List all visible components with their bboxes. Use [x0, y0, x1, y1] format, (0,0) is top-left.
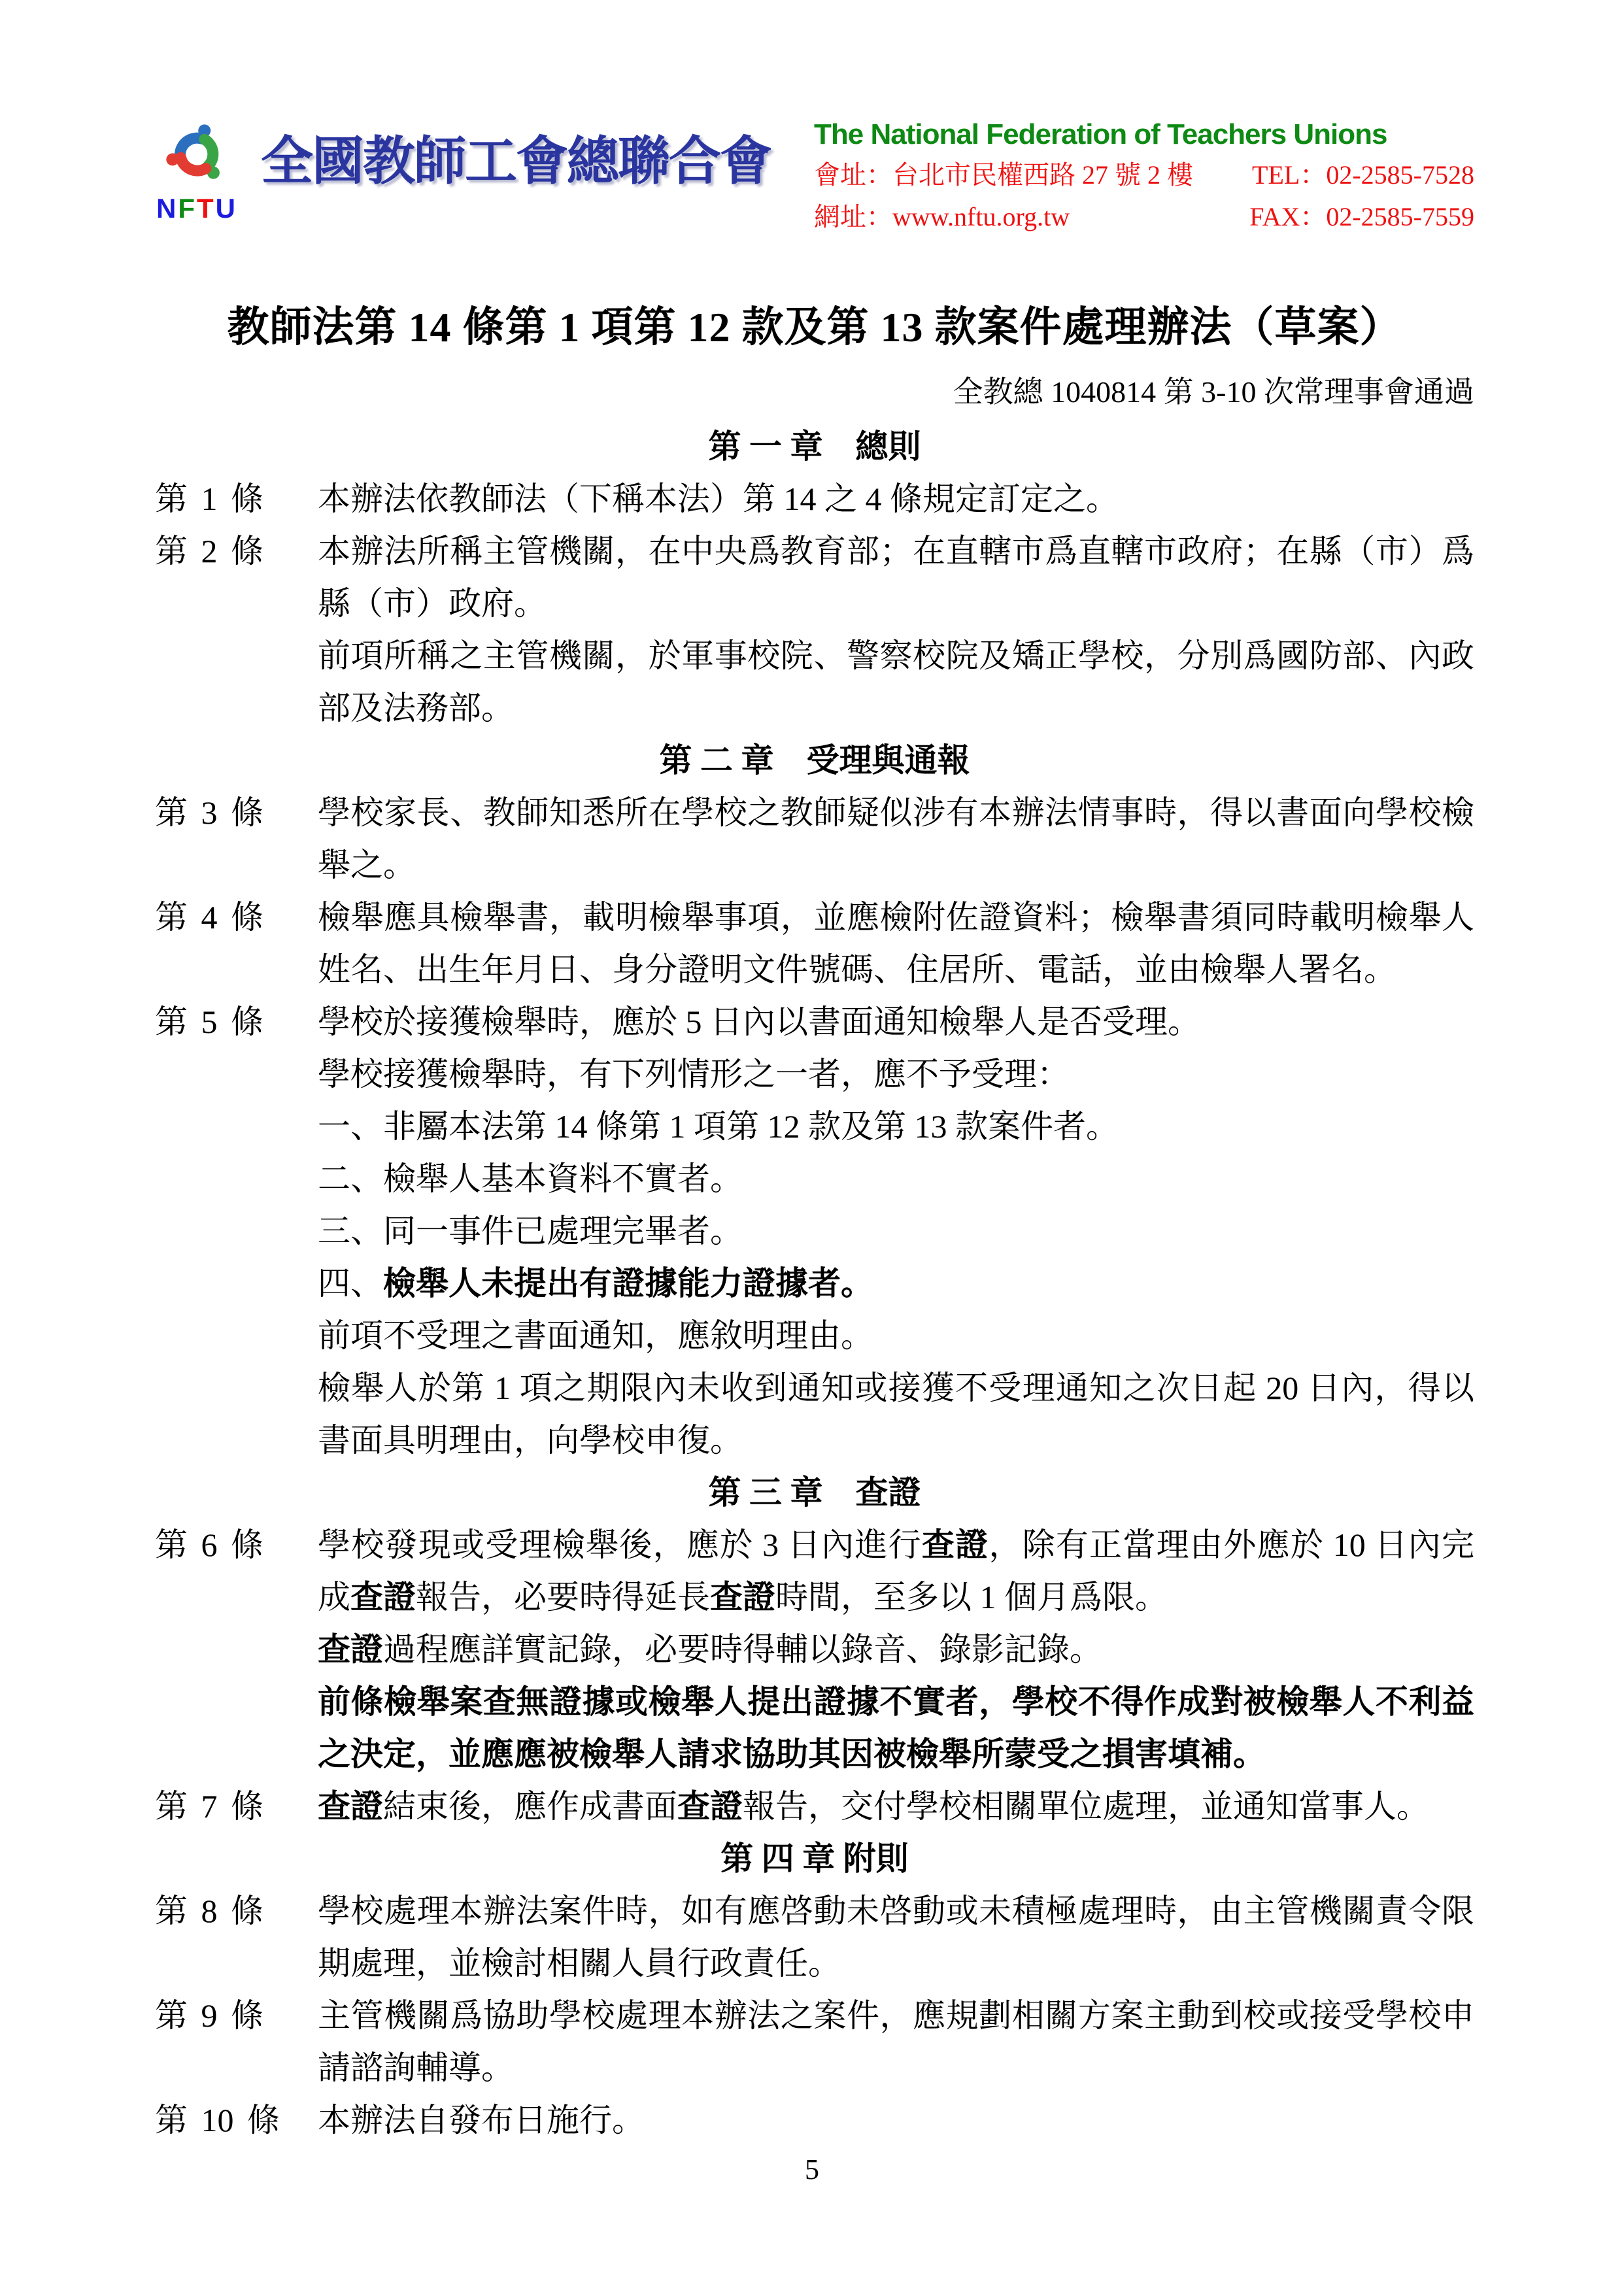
text-run: 本辦法依教師法（下稱本法）第 14 之 4 條規定訂定之。 [318, 481, 1119, 517]
text-run: 報告，必要時得延長 [416, 1579, 710, 1615]
article-row: 第 2 條本辦法所稱主管機關，在中央爲教育部；在直轄市爲直轄市政府；在縣（市）爲… [155, 525, 1474, 630]
document-page: NFTU 全國教師工會總聯合會 The National Federation … [0, 0, 1624, 2294]
continuation-paragraph: 學校接獲檢舉時，有下列情形之一者，應不予受理： [318, 1048, 1474, 1100]
letterhead-contact-block: The National Federation of Teachers Unio… [814, 116, 1474, 234]
article-label: 第 5 條 [155, 996, 318, 1048]
article-label: 第 4 條 [155, 891, 318, 996]
text-run: 學校於接獲檢舉時，應於 5 日內以書面通知檢舉人是否受理。 [318, 1004, 1200, 1040]
org-name-en: The National Federation of Teachers Unio… [814, 119, 1474, 150]
continuation-paragraph: 前項所稱之主管機關，於軍事校院、警察校院及矯正學校，分別爲國防部、內政部及法務部… [318, 630, 1474, 734]
nftu-acronym: NFTU [155, 195, 239, 222]
article-row: 第 1 條本辦法依教師法（下稱本法）第 14 之 4 條規定訂定之。 [155, 473, 1474, 525]
article-text: 學校處理本辦法案件時，如有應啓動未啓動或未積極處理時，由主管機關責令限期處理，並… [318, 1885, 1474, 1989]
article-row: 第 3 條學校家長、教師知悉所在學校之教師疑似涉有本辦法情事時，得以書面向學校檢… [155, 786, 1474, 891]
article-label: 第 2 條 [155, 525, 318, 630]
emphasized-text-run: 檢舉人未提出有證據能力證據者。 [383, 1265, 873, 1302]
emphasized-text-run: 查證 [318, 1788, 383, 1825]
text-run: 報告，交付學校相關單位處理，並通知當事人。 [743, 1788, 1429, 1825]
continuation-paragraph: 前項不受理之書面通知，應敘明理由。 [318, 1309, 1474, 1362]
article-row: 第 7 條查證結束後，應作成書面查證報告，交付學校相關單位處理，並通知當事人。 [155, 1780, 1474, 1832]
article-label: 第 10 條 [155, 2094, 318, 2146]
emphasized-text-run: 查證 [318, 1631, 383, 1668]
text-run: 本辦法自發布日施行。 [318, 2102, 645, 2138]
article-row: 第 9 條主管機關爲協助學校處理本辦法之案件，應規劃相關方案主動到校或接受學校申… [155, 1989, 1474, 2094]
emphasized-text-run: 查證 [710, 1579, 775, 1615]
article-row: 第 8 條學校處理本辦法案件時，如有應啓動未啓動或未積極處理時，由主管機關責令限… [155, 1885, 1474, 1989]
text-run: 學校發現或受理檢舉後，應於 3 日內進行 [318, 1527, 922, 1563]
letterhead: NFTU 全國教師工會總聯合會 The National Federation … [155, 116, 1474, 234]
chapter-heading: 第 一 章 總則 [155, 420, 1474, 473]
text-run: 結束後，應作成書面 [383, 1788, 677, 1825]
article-row: 第 5 條學校於接獲檢舉時，應於 5 日內以書面通知檢舉人是否受理。 [155, 996, 1474, 1048]
text-run: 三、同一事件已處理完畢者。 [318, 1213, 743, 1249]
nftu-emblem-icon [161, 116, 233, 194]
approval-note: 全教總 1040814 第 3-10 次常理事會通過 [155, 376, 1474, 409]
continuation-paragraph: 四、檢舉人未提出有證據能力證據者。 [318, 1257, 1474, 1309]
article-row: 第 6 條學校發現或受理檢舉後，應於 3 日內進行查證，除有正當理由外應於 10… [155, 1519, 1474, 1623]
document-title: 教師法第 14 條第 1 項第 12 款及第 13 款案件處理辦法（草案） [155, 305, 1474, 350]
article-text: 查證結束後，應作成書面查證報告，交付學校相關單位處理，並通知當事人。 [318, 1780, 1474, 1832]
nftu-letter: F [178, 193, 197, 224]
article-label: 第 7 條 [155, 1780, 318, 1832]
article-label: 第 1 條 [155, 473, 318, 525]
article-text: 本辦法所稱主管機關，在中央爲教育部；在直轄市爲直轄市政府；在縣（市）爲縣（市）政… [318, 525, 1474, 630]
fax-label: FAX：02-2585-7559 [1249, 200, 1474, 234]
nftu-letter: N [156, 193, 178, 224]
text-run: 過程應詳實記錄，必要時得輔以錄音、錄影記錄。 [383, 1631, 1102, 1668]
contact-row-1: 會址：台北市民權西路 27 號 2 樓 TEL：02-2585-7528 [814, 158, 1474, 192]
emphasized-text-run: 前條檢舉案查無證據或檢舉人提出證據不實者，學校不得作成對被檢舉人不利益之決定，並… [318, 1683, 1474, 1772]
continuation-paragraph: 檢舉人於第 1 項之期限內未收到通知或接獲不受理通知之次日起 20 日內，得以書… [318, 1362, 1474, 1466]
article-label: 第 8 條 [155, 1885, 318, 1989]
text-run: 一、非屬本法第 14 條第 1 項第 12 款及第 13 款案件者。 [318, 1108, 1119, 1145]
article-row: 第 4 條檢舉應具檢舉書，載明檢舉事項，並應檢附佐證資料；檢舉書須同時載明檢舉人… [155, 891, 1474, 996]
page-number: 5 [0, 2155, 1624, 2184]
article-text: 學校於接獲檢舉時，應於 5 日內以書面通知檢舉人是否受理。 [318, 996, 1474, 1048]
org-name-zh: 全國教師工會總聯合會 [261, 135, 771, 187]
text-run: 二、檢舉人基本資料不實者。 [318, 1160, 743, 1197]
text-run: 時間，至多以 1 個月爲限。 [775, 1579, 1168, 1615]
article-text: 主管機關爲協助學校處理本辦法之案件，應規劃相關方案主動到校或接受學校申請諮詢輔導… [318, 1989, 1474, 2094]
website-label: 網址：www.nftu.org.tw [814, 200, 1070, 234]
continuation-paragraph: 前條檢舉案查無證據或檢舉人提出證據不實者，學校不得作成對被檢舉人不利益之決定，並… [318, 1676, 1474, 1780]
article-text: 本辦法依教師法（下稱本法）第 14 之 4 條規定訂定之。 [318, 473, 1474, 525]
article-text: 學校發現或受理檢舉後，應於 3 日內進行查證，除有正當理由外應於 10 日內完成… [318, 1519, 1474, 1623]
document-body: 第 一 章 總則第 1 條本辦法依教師法（下稱本法）第 14 之 4 條規定訂定… [155, 420, 1474, 2146]
article-label: 第 3 條 [155, 786, 318, 891]
nftu-letter: U [216, 193, 237, 224]
nftu-letter: T [197, 193, 216, 224]
continuation-paragraph: 三、同一事件已處理完畢者。 [318, 1205, 1474, 1257]
article-text: 學校家長、教師知悉所在學校之教師疑似涉有本辦法情事時，得以書面向學校檢舉之。 [318, 786, 1474, 891]
address-label: 會址：台北市民權西路 27 號 2 樓 [814, 158, 1193, 192]
continuation-paragraph: 二、檢舉人基本資料不實者。 [318, 1153, 1474, 1205]
chapter-heading: 第 三 章 查證 [155, 1466, 1474, 1519]
text-run: 檢舉人於第 1 項之期限內未收到通知或接獲不受理通知之次日起 20 日內，得以書… [318, 1370, 1474, 1459]
text-run: 主管機關爲協助學校處理本辦法之案件，應規劃相關方案主動到校或接受學校申請諮詢輔導… [318, 1997, 1474, 2086]
contact-row-2: 網址：www.nftu.org.tw FAX：02-2585-7559 [814, 200, 1474, 234]
text-run: 前項所稱之主管機關，於軍事校院、警察校院及矯正學校，分別爲國防部、內政部及法務部… [318, 637, 1474, 726]
article-text: 本辦法自發布日施行。 [318, 2094, 1474, 2146]
continuation-paragraph: 查證過程應詳實記錄，必要時得輔以錄音、錄影記錄。 [318, 1623, 1474, 1676]
text-run: 學校接獲檢舉時，有下列情形之一者，應不予受理： [318, 1056, 1070, 1092]
text-run: 學校處理本辦法案件時，如有應啓動未啓動或未積極處理時，由主管機關責令限期處理，並… [318, 1893, 1474, 1982]
article-label: 第 9 條 [155, 1989, 318, 2094]
emphasized-text-run: 查證 [922, 1527, 989, 1563]
text-run: 本辦法所稱主管機關，在中央爲教育部；在直轄市爲直轄市政府；在縣（市）爲縣（市）政… [318, 533, 1474, 622]
article-text: 檢舉應具檢舉書，載明檢舉事項，並應檢附佐證資料；檢舉書須同時載明檢舉人姓名、出生… [318, 891, 1474, 996]
continuation-paragraph: 一、非屬本法第 14 條第 1 項第 12 款及第 13 款案件者。 [318, 1100, 1474, 1153]
text-run: 學校家長、教師知悉所在學校之教師疑似涉有本辦法情事時，得以書面向學校檢舉之。 [318, 794, 1474, 883]
text-run: 前項不受理之書面通知，應敘明理由。 [318, 1317, 873, 1354]
tel-label: TEL：02-2585-7528 [1252, 158, 1474, 192]
chapter-heading: 第 四 章 附則 [155, 1832, 1474, 1885]
article-label: 第 6 條 [155, 1519, 318, 1623]
text-run: 四、 [318, 1265, 383, 1302]
emphasized-text-run: 查證 [677, 1788, 743, 1825]
article-row: 第 10 條本辦法自發布日施行。 [155, 2094, 1474, 2146]
nftu-logo: NFTU [155, 116, 239, 222]
emphasized-text-run: 查證 [350, 1579, 416, 1615]
chapter-heading: 第 二 章 受理與通報 [155, 734, 1474, 786]
text-run: 檢舉應具檢舉書，載明檢舉事項，並應檢附佐證資料；檢舉書須同時載明檢舉人姓名、出生… [318, 899, 1474, 988]
